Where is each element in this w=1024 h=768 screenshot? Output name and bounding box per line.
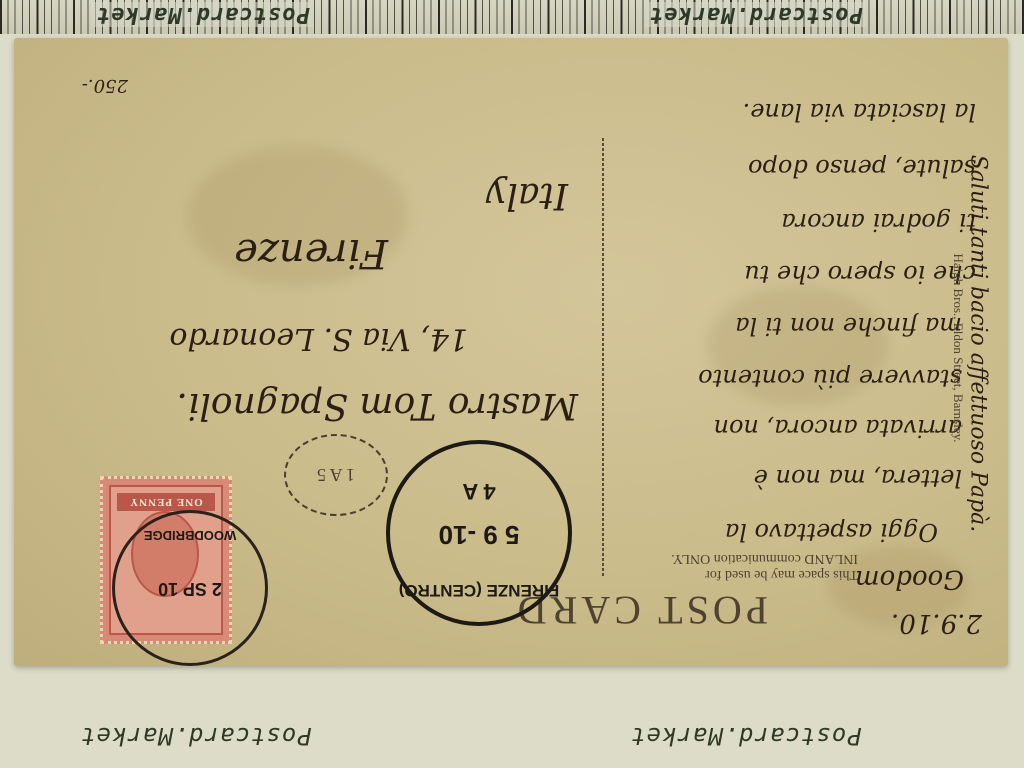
- woodbridge-date: 2 SP 10: [115, 578, 265, 599]
- message-line-6: che io spero che tu: [744, 260, 976, 288]
- divider-note-line1: This space may be used for: [705, 566, 858, 582]
- message-line-5: ma finche non ti la: [735, 312, 962, 340]
- center-divider: [602, 136, 604, 576]
- firenze-date: 5 9 -10: [390, 519, 568, 550]
- firenze-town: FIRENZE (CENTRO): [390, 580, 568, 600]
- woodbridge-postmark: 2 SP 10 WOODBRIDGE: [112, 510, 268, 666]
- address-city: Firenze: [234, 230, 388, 276]
- message-line-7: ti godrai ancora: [781, 208, 976, 236]
- address-recipient: Mastro Tom Spagnoli.: [176, 385, 578, 426]
- watermark-bottom-left: Postcard.Market: [80, 722, 312, 750]
- watermark-top-left: Postcard.Market: [92, 2, 314, 27]
- watermark-top-right: Postcard.Market: [645, 2, 867, 27]
- firenze-time: 4 A: [390, 478, 568, 504]
- message-line-4: stavvere più contento: [698, 364, 962, 392]
- printer-credit: Haigh Bros., Eldon Street, Barnsley.: [950, 138, 966, 558]
- postcard-rotated-content: 2.9.10. Goodom Oggi aspettavo la lettera…: [14, 38, 1008, 666]
- firenze-postmark: FIRENZE (CENTRO) 5 9 -10 4 A: [386, 440, 572, 626]
- stamp-label: ONE PENNY: [117, 493, 215, 511]
- postcard-back: 2.9.10. Goodom Oggi aspettavo la lettera…: [14, 38, 1008, 666]
- margin-note: Saluti tanti bacio affettuoso Papà.: [966, 64, 991, 624]
- woodbridge-town: WOODBRIDGE: [115, 528, 265, 543]
- watermark-bottom-right: Postcard.Market: [630, 722, 862, 750]
- divider-note-line2: INLAND communication ONLY.: [671, 550, 858, 566]
- message-line-2: lettera, ma non è: [754, 464, 962, 492]
- message-line-8: salute, penso dopo: [748, 154, 976, 182]
- address-country: Italy: [486, 175, 568, 216]
- message-line-3: arrivata ancora, non: [714, 414, 962, 442]
- message-line-9: la lasciata via lane.: [743, 98, 976, 126]
- message-place: Goodom: [855, 564, 964, 594]
- catalog-number: 250.-: [82, 75, 128, 96]
- oval-handstamp: 1 A 5: [284, 434, 388, 516]
- message-line-1: Oggi aspettavo la: [725, 518, 938, 546]
- address-street: 14, Via S. Leonardo: [169, 321, 468, 356]
